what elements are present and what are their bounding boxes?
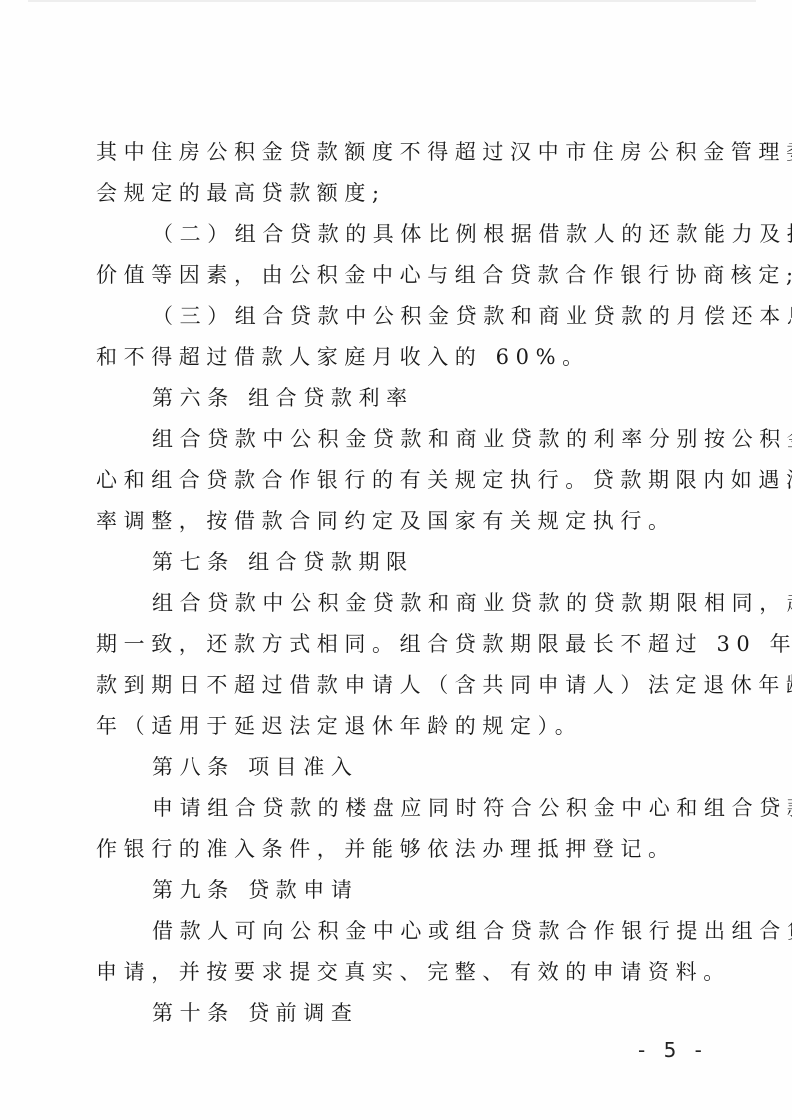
article-10-heading: 第十条 贷前调查 (152, 999, 752, 1027)
body-line: 价值等因素，由公积金中心与组合贷款合作银行协商核定; (96, 261, 696, 289)
article-7-heading: 第七条 组合贷款期限 (152, 548, 752, 576)
page-number: - 5 - (638, 1038, 708, 1062)
article-8-heading: 第八条 项目准入 (152, 753, 752, 781)
body-line: 款到期日不超过借款申请人（含共同申请人）法定退休年龄后 5 (96, 671, 696, 699)
scan-edge-divider (28, 0, 756, 2)
body-line: 期一致，还款方式相同。组合贷款期限最长不超过 30 年，且贷 (96, 630, 696, 658)
body-line: 申请，并按要求提交真实、完整、有效的申请资料。 (96, 958, 696, 986)
clause-3-line: （三）组合贷款中公积金贷款和商业贷款的月偿还本息额之 (152, 302, 752, 330)
body-line: 心和组合贷款合作银行的有关规定执行。贷款期限内如遇法定利 (96, 466, 696, 494)
body-line: 组合贷款中公积金贷款和商业贷款的贷款期限相同，起止日 (152, 589, 752, 617)
article-9-heading: 第九条 贷款申请 (152, 876, 752, 904)
article-6-heading: 第六条 组合贷款利率 (152, 384, 752, 412)
clause-2-line: （二）组合贷款的具体比例根据借款人的还款能力及抵押物 (152, 220, 752, 248)
body-line: 其中住房公积金贷款额度不得超过汉中市住房公积金管理委员 (96, 138, 696, 166)
body-line: 组合贷款中公积金贷款和商业贷款的利率分别按公积金中 (152, 425, 752, 453)
body-line: 年（适用于延迟法定退休年龄的规定）。 (96, 712, 696, 740)
body-line: 借款人可向公积金中心或组合贷款合作银行提出组合贷款 (152, 917, 752, 945)
document-page: 其中住房公积金贷款额度不得超过汉中市住房公积金管理委员 会规定的最高贷款额度; … (0, 0, 792, 1120)
body-line: 会规定的最高贷款额度; (96, 179, 696, 207)
body-line: 作银行的准入条件，并能够依法办理抵押登记。 (96, 835, 696, 863)
body-line: 和不得超过借款人家庭月收入的 60%。 (96, 343, 696, 371)
body-line: 申请组合贷款的楼盘应同时符合公积金中心和组合贷款合 (152, 794, 752, 822)
body-line: 率调整，按借款合同约定及国家有关规定执行。 (96, 507, 696, 535)
